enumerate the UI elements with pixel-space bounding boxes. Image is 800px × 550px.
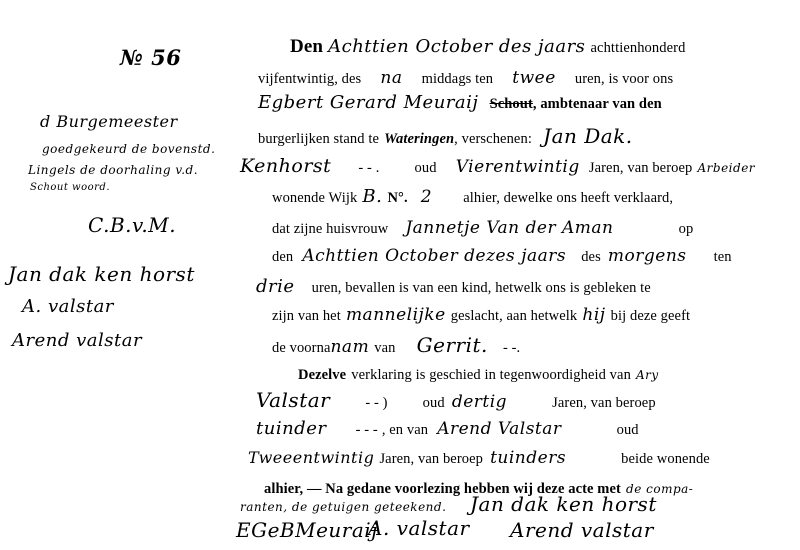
den-label: Den xyxy=(290,36,323,57)
place-name: Wateringen xyxy=(384,131,454,147)
printed-text: Jaren, van beroep xyxy=(379,451,483,467)
dash-filler: - - . xyxy=(358,160,379,176)
line-15: Tweeentwintig Jaren, van beroep tuinders… xyxy=(248,448,710,468)
handwritten-text: hij xyxy=(582,305,605,325)
printed-text: uren, is voor ons xyxy=(575,71,673,87)
handwritten-text: 2 xyxy=(421,187,432,207)
printed-text: middags ten xyxy=(422,71,494,87)
handwritten-text: Ary xyxy=(636,368,659,382)
margin-note-line: goedgekeurd de bovenstd. xyxy=(42,142,215,156)
line-4: burgerlijken stand te Wateringen, versch… xyxy=(258,124,633,148)
handwritten-text: B. xyxy=(362,186,382,207)
handwritten-text: Jan Dak. xyxy=(543,124,633,148)
margin-signature: Arend valstar xyxy=(12,330,142,351)
handwritten-text: ranten, de getuigen geteekend. xyxy=(240,500,446,514)
printed-text: des xyxy=(581,249,601,265)
margin-note-line: Schout woord. xyxy=(30,182,110,193)
line-3: Egbert Gerard Meuraij Schout, ambtenaar … xyxy=(258,92,662,113)
signature-witness-1: A. valstar xyxy=(368,516,470,540)
margin-signature: Jan dak ken horst xyxy=(8,262,195,286)
signature-witness-2: Arend valstar xyxy=(510,518,654,542)
line-12: Dezelve verklaring is geschied in tegenw… xyxy=(298,364,659,384)
record-number: № 56 xyxy=(120,45,181,70)
line-2: vijfentwintig, des na middags ten twee u… xyxy=(258,68,673,88)
printed-text: Jaren, van beroep xyxy=(552,395,656,411)
handwritten-text: tuinder xyxy=(256,418,326,439)
printed-text: bij deze geeft xyxy=(611,308,691,324)
line-8: den Achttien October dezes jaars des mor… xyxy=(272,246,732,266)
line-1: Den Achttien October des jaars achttienh… xyxy=(290,36,685,58)
handwritten-text: Kenhorst xyxy=(240,155,331,177)
handwritten-text: na xyxy=(380,68,402,88)
handwritten-date: Achttien October des jaars xyxy=(328,36,585,57)
handwritten-text: Arbeider xyxy=(697,161,755,175)
handwritten-witness-name: Arend Valstar xyxy=(437,419,561,439)
printed-text: uren, bevallen is van een kind, hetwelk … xyxy=(312,280,651,296)
handwritten-text: tuinders xyxy=(490,448,566,468)
printed-text: geslacht, aan hetwelk xyxy=(451,308,578,324)
handwritten-child-name: Gerrit. xyxy=(417,333,488,357)
printed-text: Dezelve xyxy=(298,367,346,383)
handwritten-witness-name: Valstar xyxy=(256,388,330,412)
handwritten-text: Achttien October dezes jaars xyxy=(302,246,566,266)
handwritten-text: dertig xyxy=(452,392,507,412)
handwritten-text: nam xyxy=(330,337,369,357)
printed-text: alhier, dewelke ons heeft verklaard, xyxy=(463,190,673,206)
handwritten-text: Tweeentwintig xyxy=(248,448,374,467)
printed-text: beide wonende xyxy=(621,451,710,467)
dash-filler: - -. xyxy=(503,340,520,356)
margin-signature: A. valstar xyxy=(22,296,114,317)
signature-official: EGeBMeuraij xyxy=(236,518,378,542)
printed-text: Jaren, van beroep xyxy=(589,160,693,176)
printed-text: achttienhonderd xyxy=(591,40,686,56)
handwritten-name: Egbert Gerard Meuraij xyxy=(258,92,478,113)
margin-note-line: Lingels de doorhaling v.d. xyxy=(28,163,198,177)
printed-text: vijfentwintig, des xyxy=(258,71,361,87)
printed-text: oud xyxy=(617,422,639,438)
handwritten-text: drie xyxy=(256,276,295,297)
printed-text: ten xyxy=(714,249,732,265)
line-13: Valstar - - ) oud dertig Jaren, van bero… xyxy=(256,388,656,412)
dash-filler: - - - xyxy=(356,422,378,438)
printed-text: , verschenen: xyxy=(454,131,532,147)
printed-text: N°. xyxy=(387,190,407,206)
printed-text: den xyxy=(272,249,293,265)
struck-text: Schout xyxy=(490,96,533,112)
handwritten-text: morgens xyxy=(608,246,687,266)
printed-text: zijn van het xyxy=(272,308,341,324)
dash-filler: - - ) xyxy=(365,395,387,411)
line-7: dat zijne huisvrouw Jannetje Van der Ama… xyxy=(272,218,693,238)
printed-text: wonende Wijk xyxy=(272,190,357,206)
printed-text: oud xyxy=(423,395,445,411)
printed-text: burgerlijken stand te xyxy=(258,131,379,147)
line-9: drie uren, bevallen is van een kind, het… xyxy=(256,276,651,297)
printed-text: van xyxy=(374,340,395,356)
printed-text: , ambtenaar van den xyxy=(533,96,662,112)
margin-initials: C.B.v.M. xyxy=(88,213,176,237)
printed-text: op xyxy=(679,221,694,237)
handwritten-text: Vierentwintig xyxy=(456,157,580,177)
signature-father: Jan dak ken horst xyxy=(470,492,657,516)
line-11: de voornanam van Gerrit. - -. xyxy=(272,333,520,357)
line-14: tuinder - - -, en van Arend Valstar oud xyxy=(256,418,639,439)
printed-text: verklaring is geschied in tegenwoordighe… xyxy=(351,367,631,383)
handwritten-text: mannelijke xyxy=(346,305,446,325)
printed-text: dat zijne huisvrouw xyxy=(272,221,388,237)
printed-text: de voorna xyxy=(272,340,330,356)
line-5: Kenhorst - - . oud Vierentwintig Jaren, … xyxy=(240,155,755,177)
handwritten-mother-name: Jannetje Van der Aman xyxy=(405,218,613,238)
line-17: ranten, de getuigen geteekend. xyxy=(240,496,446,515)
line-10: zijn van het mannelijke geslacht, aan he… xyxy=(272,305,690,325)
printed-text: oud xyxy=(415,160,437,176)
printed-text: , en van xyxy=(382,422,428,438)
line-6: wonende Wijk B. N°. 2 alhier, dewelke on… xyxy=(272,186,673,207)
margin-note-title: d Burgemeester xyxy=(40,112,178,131)
handwritten-text: twee xyxy=(512,68,556,88)
